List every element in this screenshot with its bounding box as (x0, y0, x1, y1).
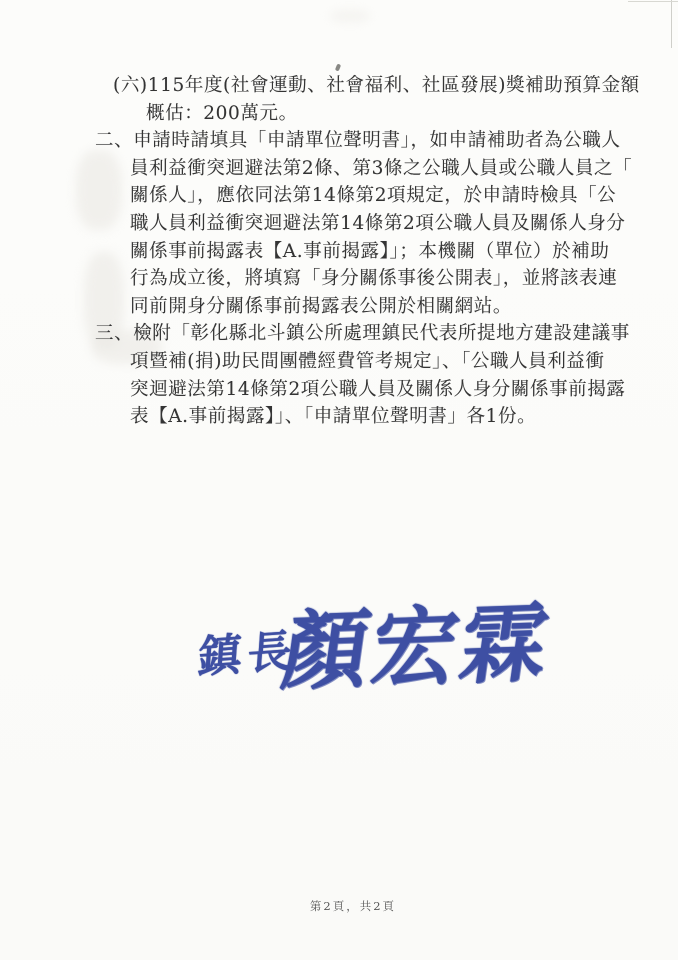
body-text-line: 同前開身分關係事前揭露表公開於相關網站。 (130, 293, 629, 321)
body-text-line: 職人員利益衝突迴避法第14條第2項公職人員及關係人身分 (130, 210, 629, 238)
body-text-line: 項暨補(捐)助民間團體經費管考規定」、「公職人員利益衝 (130, 348, 629, 376)
body-text-line: 員利益衝突迴避法第2條、第3條之公職人員或公職人員之「 (130, 155, 629, 183)
body-text-line: 概估：200萬元。 (146, 100, 629, 128)
page-number-footer: 第2頁，共2頁 (14, 898, 678, 914)
body-text-line: 關係人」，應依同法第14條第2項規定，於申請時檢具「公 (130, 182, 629, 210)
body-text-line: 關係事前揭露表【A.事前揭露】」；本機關（單位）於補助 (130, 238, 629, 266)
body-text-line: 表【A.事前揭露】」、「申請單位聲明書」各1份。 (130, 403, 629, 431)
body-text-line: 突迴避法第14條第2項公職人員及關係人身分關係事前揭露 (130, 376, 629, 404)
document-body: (六)115年度(社會運動、社會福利、社區發展)獎補助預算金額 概估：200萬元… (95, 72, 629, 431)
body-text-line: 行為成立後，將填寫「身分關係事後公開表」，並將該表連 (130, 265, 629, 293)
body-text-line: 三、檢附「彰化縣北斗鎮公所處理鎮民代表所提地方建設建議事 (95, 320, 629, 348)
paragraph-2: 二、申請時請填具「申請單位聲明書」，如申請補助者為公職人 員利益衝突迴避法第2條… (95, 127, 629, 320)
body-text-line: 二、申請時請填具「申請單位聲明書」，如申請補助者為公職人 (95, 127, 629, 155)
paragraph-3: 三、檢附「彰化縣北斗鎮公所處理鎮民代表所提地方建設建議事 項暨補(捐)助民間團體… (95, 320, 629, 430)
body-text-line: (六)115年度(社會運動、社會福利、社區發展)獎補助預算金額 (113, 72, 629, 100)
paragraph-item-6: (六)115年度(社會運動、社會福利、社區發展)獎補助預算金額 概估：200萬元… (95, 72, 629, 127)
